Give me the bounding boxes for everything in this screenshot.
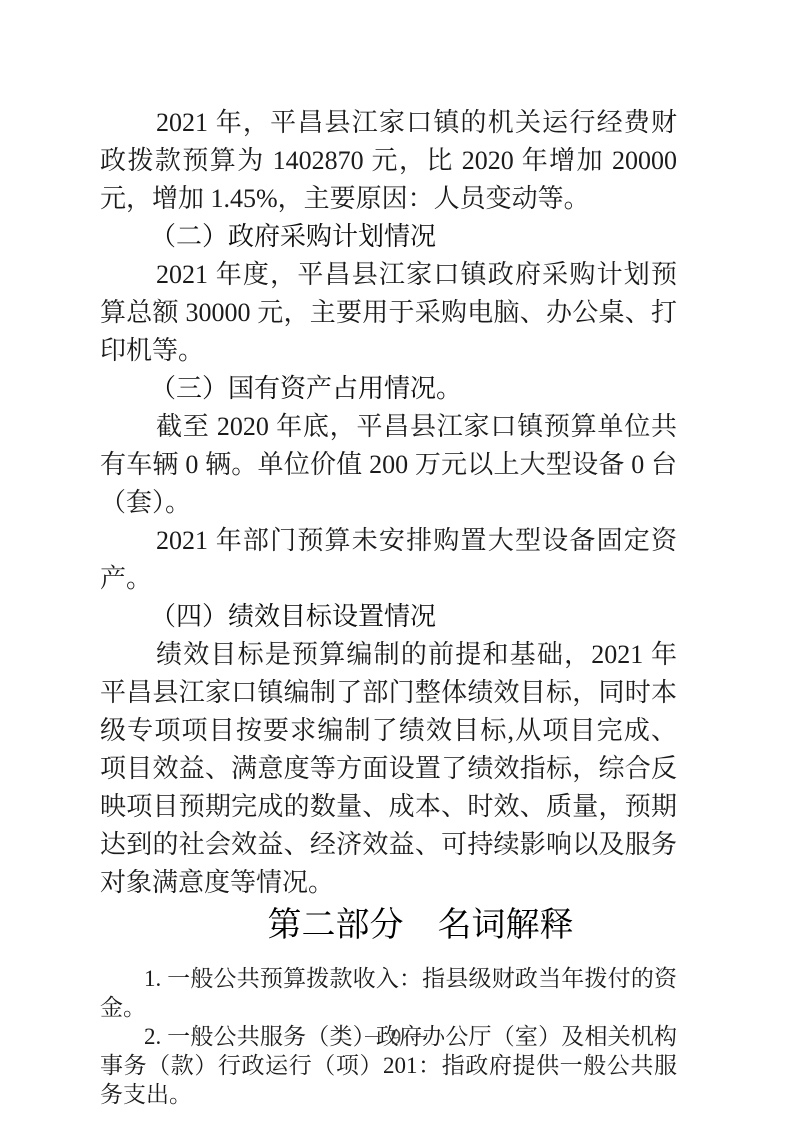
page-number: － 9 －	[0, 1021, 793, 1051]
part-two-title: 第二部分 名词解释	[100, 902, 677, 948]
section-paragraph-performance-targets: 绩效目标是预算编制的前提和基础，2021 年平昌县江家口镇编制了部门整体绩效目标…	[100, 636, 677, 902]
section-paragraph-vehicles-equipment: 截至 2020 年底，平昌县江家口镇预算单位共有车辆 0 辆。单位价值 200 …	[100, 408, 677, 522]
section-heading-government-procurement: （二）政府采购计划情况	[100, 218, 677, 256]
document-page: 2021 年，平昌县江家口镇的机关运行经费财政拨款预算为 1402870 元，比…	[0, 0, 793, 1122]
section-paragraph-procurement: 2021 年度，平昌县江家口镇政府采购计划预算总额 30000 元，主要用于采购…	[100, 256, 677, 370]
term-definition-1: 1. 一般公共预算拨款收入：指县级财政当年拨付的资金。	[100, 964, 677, 1022]
section-heading-state-assets: （三）国有资产占用情况。	[100, 370, 677, 408]
section-paragraph-no-large-equipment: 2021 年部门预算未安排购置大型设备固定资产。	[100, 522, 677, 598]
intro-paragraph: 2021 年，平昌县江家口镇的机关运行经费财政拨款预算为 1402870 元，比…	[100, 104, 677, 218]
section-heading-performance-targets: （四）绩效目标设置情况	[100, 598, 677, 636]
